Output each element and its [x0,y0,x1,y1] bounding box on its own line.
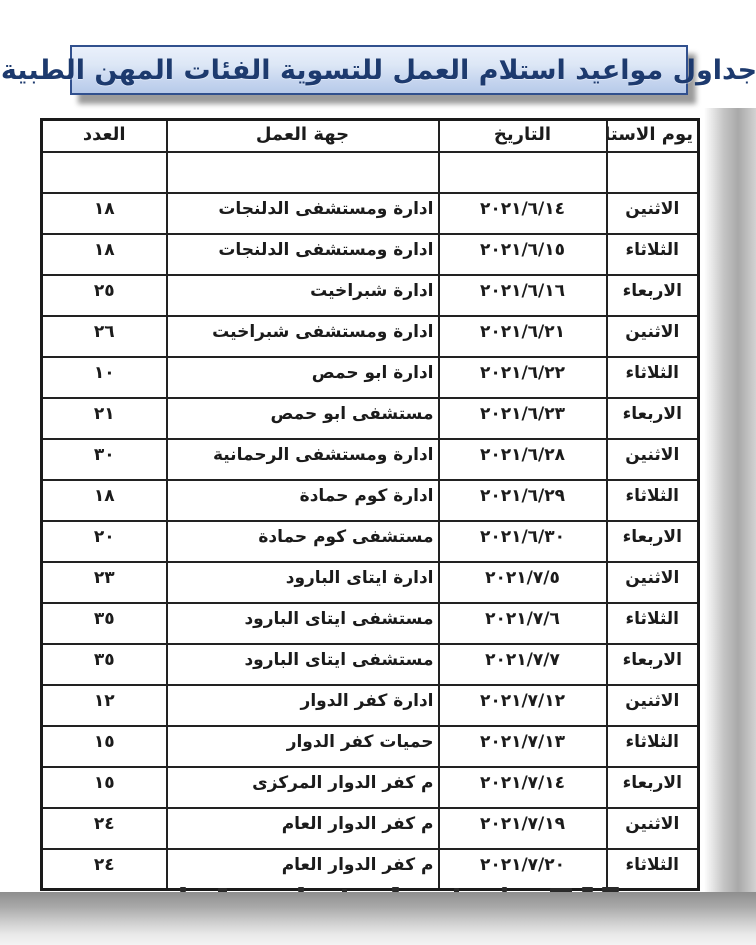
document-title: جداول مواعيد استلام العمل للتسوية الفئات… [1,55,756,86]
table-row: الاثنين٢٠٢١/٧/١٢ادارة كفر الدوار١٢ [42,685,699,726]
cell-count: ١٢ [42,685,167,726]
cell-count: ١٨ [42,480,167,521]
cell-workplace: ادارة ومستشفى شبراخيت [167,316,439,357]
header-spacer-row [42,152,699,193]
cell-workplace: ادارة ومستشفى الرحمانية [167,439,439,480]
cell-date: ٢٠٢١/٦/٣٠ [439,521,607,562]
cell-count: ٢١ [42,398,167,439]
table-row: الاربعاء٢٠٢١/٦/٣٠مستشفى كوم حمادة٢٠ [42,521,699,562]
table-row: الاثنين٢٠٢١/٧/٥ادارة ايتاى البارود٢٣ [42,562,699,603]
cell-day: الاربعاء [607,644,699,685]
cell-day: الاربعاء [607,275,699,316]
cell-workplace: ادارة ابو حمص [167,357,439,398]
cell-workplace: ادارة ومستشفى الدلنجات [167,193,439,234]
schedule-table: يوم الاستلام التاريخ جهة العمل العدد الا… [40,118,700,891]
cell-date: ٢٠٢١/٧/١٩ [439,808,607,849]
cell-workplace: مستشفى ايتاى البارود [167,603,439,644]
cell-workplace: ادارة كوم حمادة [167,480,439,521]
cell-date: ٢٠٢١/٧/١٣ [439,726,607,767]
table-header-row: يوم الاستلام التاريخ جهة العمل العدد [42,120,699,152]
table-row: الثلاثاء٢٠٢١/٧/١٣حميات كفر الدوار١٥ [42,726,699,767]
cell-count: ٣٥ [42,644,167,685]
cell-workplace: مستشفى كوم حمادة [167,521,439,562]
cell-date: ٢٠٢١/٧/٦ [439,603,607,644]
schedule-table-body: الاثنين٢٠٢١/٦/١٤ادارة ومستشفى الدلنجات١٨… [42,193,699,890]
cell-date: ٢٠٢١/٧/٧ [439,644,607,685]
cell-date: ٢٠٢١/٧/١٢ [439,685,607,726]
table-row: الاربعاء٢٠٢١/٧/٧مستشفى ايتاى البارود٣٥ [42,644,699,685]
cell-day: الاثنين [607,685,699,726]
table-row: الاثنين٢٠٢١/٦/٢١ادارة ومستشفى شبراخيت٢٦ [42,316,699,357]
cell-workplace: م كفر الدوار العام [167,849,439,890]
cell-date: ٢٠٢١/٦/٢٣ [439,398,607,439]
cell-day: الاثنين [607,439,699,480]
cell-workplace: مستشفى ابو حمص [167,398,439,439]
cell-count: ٢٤ [42,849,167,890]
cell-count: ٢٣ [42,562,167,603]
cell-date: ٢٠٢١/٦/٢٢ [439,357,607,398]
cell-workplace: م كفر الدوار العام [167,808,439,849]
scan-shadow-bottom [0,892,756,945]
cell-count: ٢٠ [42,521,167,562]
cell-count: ٣٠ [42,439,167,480]
cell-workplace: م كفر الدوار المركزى [167,767,439,808]
cell-workplace: ادارة كفر الدوار [167,685,439,726]
column-header-date: التاريخ [439,120,607,152]
column-header-workplace: جهة العمل [167,120,439,152]
table-row: الاثنين٢٠٢١/٦/١٤ادارة ومستشفى الدلنجات١٨ [42,193,699,234]
table-row: الثلاثاء٢٠٢١/٦/٢٩ادارة كوم حمادة١٨ [42,480,699,521]
cell-date: ٢٠٢١/٦/٢٨ [439,439,607,480]
cell-day: الاربعاء [607,767,699,808]
cell-workplace: حميات كفر الدوار [167,726,439,767]
cell-count: ١٥ [42,767,167,808]
cell-workplace: مستشفى ايتاى البارود [167,644,439,685]
cell-date: ٢٠٢١/٦/٢٩ [439,480,607,521]
cell-day: الثلاثاء [607,726,699,767]
scan-shadow-right [704,108,756,894]
cell-day: الثلاثاء [607,357,699,398]
cell-day: الاربعاء [607,398,699,439]
cell-count: ٢٤ [42,808,167,849]
cell-day: الثلاثاء [607,849,699,890]
cell-day: الاثنين [607,808,699,849]
cell-workplace: ادارة شبراخيت [167,275,439,316]
column-header-day: يوم الاستلام [607,120,699,152]
cell-day: الثلاثاء [607,603,699,644]
table-row: الاربعاء٢٠٢١/٦/٢٣مستشفى ابو حمص٢١ [42,398,699,439]
cell-count: ٢٥ [42,275,167,316]
cell-count: ٣٥ [42,603,167,644]
column-header-count: العدد [42,120,167,152]
cell-date: ٢٠٢١/٦/١٥ [439,234,607,275]
cell-count: ١٨ [42,193,167,234]
cell-day: الثلاثاء [607,234,699,275]
cell-workplace: ادارة ومستشفى الدلنجات [167,234,439,275]
table-row: الثلاثاء٢٠٢١/٧/٦مستشفى ايتاى البارود٣٥ [42,603,699,644]
document-title-box: جداول مواعيد استلام العمل للتسوية الفئات… [70,45,688,95]
cell-date: ٢٠٢١/٦/١٦ [439,275,607,316]
table-row: الاربعاء٢٠٢١/٧/١٤م كفر الدوار المركزى١٥ [42,767,699,808]
table-row: الاربعاء٢٠٢١/٦/١٦ادارة شبراخيت٢٥ [42,275,699,316]
cell-workplace: ادارة ايتاى البارود [167,562,439,603]
cell-count: ١٨ [42,234,167,275]
cell-count: ١٥ [42,726,167,767]
cell-count: ٢٦ [42,316,167,357]
cell-date: ٢٠٢١/٦/١٤ [439,193,607,234]
cell-day: الاربعاء [607,521,699,562]
cell-date: ٢٠٢١/٦/٢١ [439,316,607,357]
cell-day: الاثنين [607,316,699,357]
table-row: الثلاثاء٢٠٢١/٦/١٥ادارة ومستشفى الدلنجات١… [42,234,699,275]
cell-date: ٢٠٢١/٧/١٤ [439,767,607,808]
table-row: الاثنين٢٠٢١/٦/٢٨ادارة ومستشفى الرحمانية٣… [42,439,699,480]
cell-day: الاثنين [607,562,699,603]
cell-date: ٢٠٢١/٧/٢٠ [439,849,607,890]
cell-date: ٢٠٢١/٧/٥ [439,562,607,603]
cell-day: الاثنين [607,193,699,234]
scanned-page: جداول مواعيد استلام العمل للتسوية الفئات… [0,0,756,945]
table-row: الثلاثاء٢٠٢١/٦/٢٢ادارة ابو حمص١٠ [42,357,699,398]
cell-day: الثلاثاء [607,480,699,521]
table-row: الاثنين٢٠٢١/٧/١٩م كفر الدوار العام٢٤ [42,808,699,849]
table-row: الثلاثاء٢٠٢١/٧/٢٠م كفر الدوار العام٢٤ [42,849,699,890]
cell-count: ١٠ [42,357,167,398]
